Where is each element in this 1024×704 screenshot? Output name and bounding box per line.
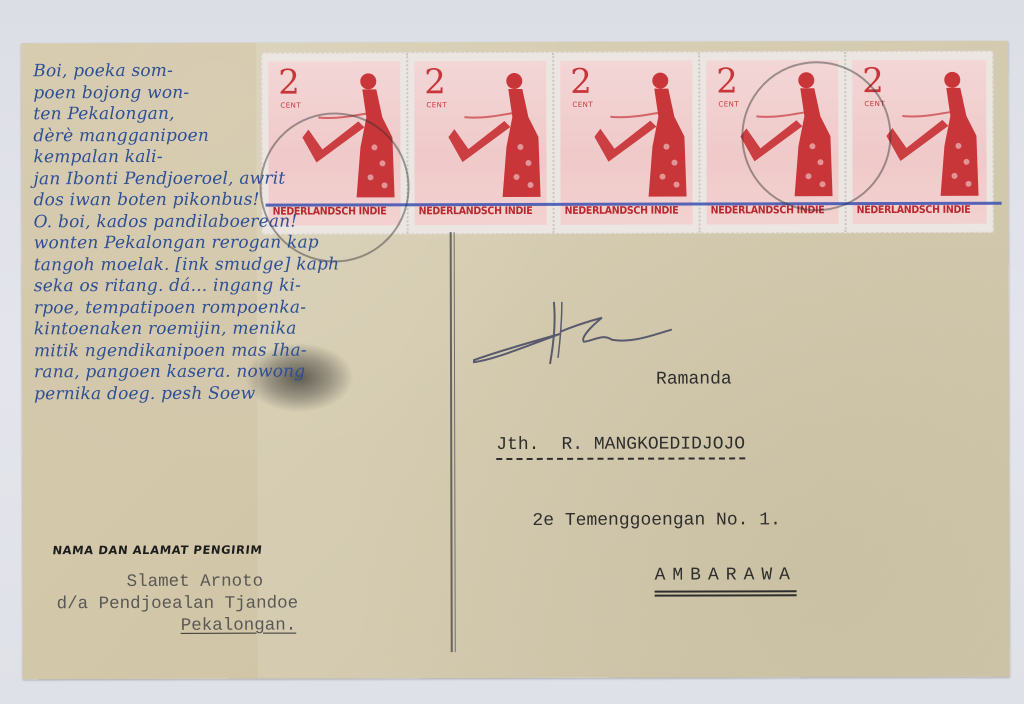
stamp-face: 2 CENT NEDERLANDSCH INDIE — [560, 61, 692, 225]
message-line: kempalan kali- — [33, 147, 248, 169]
message-line: tangoh moelak. [ink smudge] kaph — [34, 254, 454, 277]
recipient-name: MANGKOEDIDJOJO — [594, 434, 745, 454]
message-line: jan Ibonti Pendjoeroel, awrit — [33, 168, 248, 190]
message-line: dos iwan boten pikonbus! — [34, 190, 249, 212]
handwritten-message: Boi, poeka som-poen bojong won-ten Pekal… — [33, 60, 454, 405]
message-line: rana, pangoen kasera. nowong — [34, 361, 454, 384]
recipient-salutation: Ramanda — [656, 369, 732, 389]
message-line: seka os ritang. dá... ingang ki- — [34, 275, 454, 298]
stamp-country: NEDERLANDSCH INDIE — [565, 205, 693, 217]
signature — [462, 282, 672, 373]
postcard: 2 CENT NEDERLANDSCH INDIE 2 CENT NEDERLA… — [21, 41, 1010, 680]
stamp-unit: CENT — [572, 101, 593, 109]
stamp-unit: CENT — [718, 100, 739, 108]
stamp-country: NEDERLANDSCH INDIE — [857, 204, 987, 216]
message-line: ten Pekalongan, — [33, 104, 248, 126]
recipient-city: AMBARAWA — [655, 565, 797, 592]
recipient-prefix: Jth. — [496, 435, 539, 455]
sender-address: d/a Pendjoealan Tjandoe — [57, 592, 477, 615]
message-line: poen bojong won- — [33, 82, 248, 104]
sender-label: NAMA DAN ALAMAT PENGIRIM — [52, 543, 263, 558]
message-line: dèrè mangganipoen — [33, 125, 248, 147]
postmark-right — [741, 61, 891, 211]
recipient-street: 2e Temenggoengan No. 1. — [532, 510, 781, 531]
recipient-name-line: Jth.R. MANGKOEDIDJOJO — [496, 434, 745, 460]
stamp-value: 2 — [716, 64, 738, 98]
stamp-value: 2 — [570, 65, 592, 99]
sender-name: Slamet Arnoto — [57, 570, 477, 593]
dancer-illustration-icon — [588, 67, 692, 207]
sender-address-block: Slamet Arnoto d/a Pendjoealan Tjandoe Pe… — [57, 570, 477, 637]
message-line: wonten Pekalongan rerogan kap — [34, 232, 454, 255]
message-line: Boi, poeka som- — [33, 61, 248, 83]
recipient-title: R. — [561, 435, 583, 455]
message-line: rpoe, tempatipoen rompoenka- — [34, 297, 454, 320]
message-line: kintoenaken roemijin, menika — [34, 318, 454, 341]
sender-city: Pekalongan. — [57, 614, 477, 637]
message-line: O. boi, kados pandilaboerean! — [34, 211, 454, 234]
message-line: mitik ngendikanipoen mas Iha- — [34, 340, 454, 363]
dancer-illustration-icon — [880, 66, 986, 206]
dancer-illustration-icon — [442, 67, 546, 207]
message-line: pernika doeg. pesh Soew — [34, 383, 454, 406]
